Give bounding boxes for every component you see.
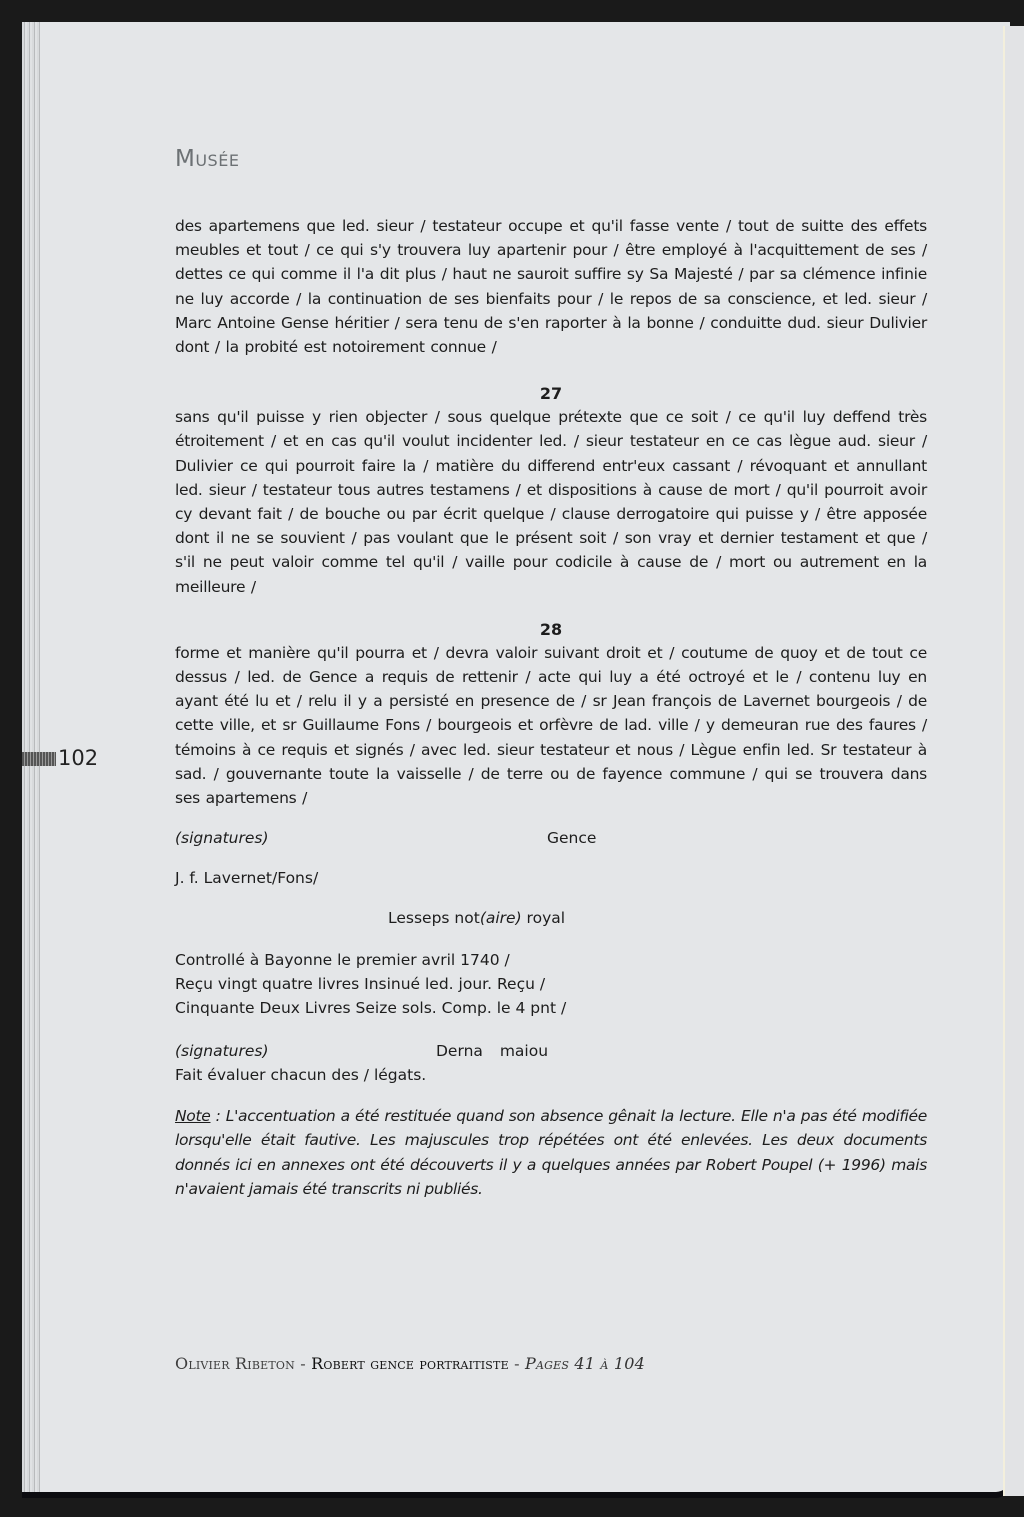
witnesses-line: J. f. Lavernet/Fons/ — [175, 866, 927, 890]
notary-title: royal — [522, 909, 565, 927]
footer-separator: - — [509, 1354, 525, 1373]
spacer — [175, 1020, 927, 1039]
control-line: Controllé à Bayonne le premier avril 174… — [175, 948, 927, 972]
signatures-row-1: (signatures) Gence — [175, 826, 927, 850]
page-number: 102 — [58, 746, 98, 770]
running-footer: Olivier Ribeton - Robert gence portraiti… — [175, 1354, 645, 1373]
signatures-label: (signatures) — [175, 1042, 269, 1060]
editorial-note: Note : L'accentuation a été restituée qu… — [175, 1104, 927, 1201]
notary-abbrev: (aire) — [480, 909, 522, 927]
signatures-row-2: (signatures) Derna maiou — [175, 1039, 927, 1063]
control-line: Reçu vingt quatre livres Insinué led. jo… — [175, 972, 927, 996]
signature-name: Gence — [547, 826, 596, 850]
spacer — [175, 359, 927, 377]
folio-28-paragraph: forme et manière qu'il pourra et / devra… — [175, 641, 927, 810]
spacer — [175, 1087, 927, 1104]
footer-page-range: Pages 41 à 104 — [525, 1354, 645, 1373]
folio-heading-28: 28 — [175, 613, 927, 641]
folio-27-paragraph: sans qu'il puisse y rien objecter / sous… — [175, 405, 927, 599]
intro-paragraph: des apartemens que led. sieur / testateu… — [175, 214, 927, 359]
notary-name: Lesseps not — [388, 909, 480, 927]
spacer — [175, 599, 927, 613]
footer-separator: - — [295, 1354, 311, 1373]
spacer — [175, 930, 927, 948]
facing-page-edge — [1003, 26, 1024, 1496]
document-body: des apartemens que led. sieur / testateu… — [175, 214, 927, 1201]
footer-author: Olivier Ribeton — [175, 1354, 295, 1373]
spacer — [175, 810, 927, 826]
note-label: Note — [175, 1107, 211, 1125]
signature-names: Derna maiou — [436, 1039, 548, 1063]
folio-heading-27: 27 — [175, 377, 927, 405]
page-marker-tab — [22, 752, 56, 766]
notary-line: Lesseps not(aire) royal — [175, 906, 927, 930]
spacer — [175, 890, 927, 906]
spacer — [175, 850, 927, 866]
evaluation-line: Fait évaluer chacun des / légats. — [175, 1063, 927, 1087]
signatures-label: (signatures) — [175, 829, 269, 847]
footer-article-title: Robert gence portraitiste — [311, 1354, 509, 1373]
note-text: : L'accentuation a été restituée quand s… — [175, 1107, 927, 1198]
control-line: Cinquante Deux Livres Seize sols. Comp. … — [175, 996, 927, 1020]
section-title: Musée — [175, 146, 239, 172]
